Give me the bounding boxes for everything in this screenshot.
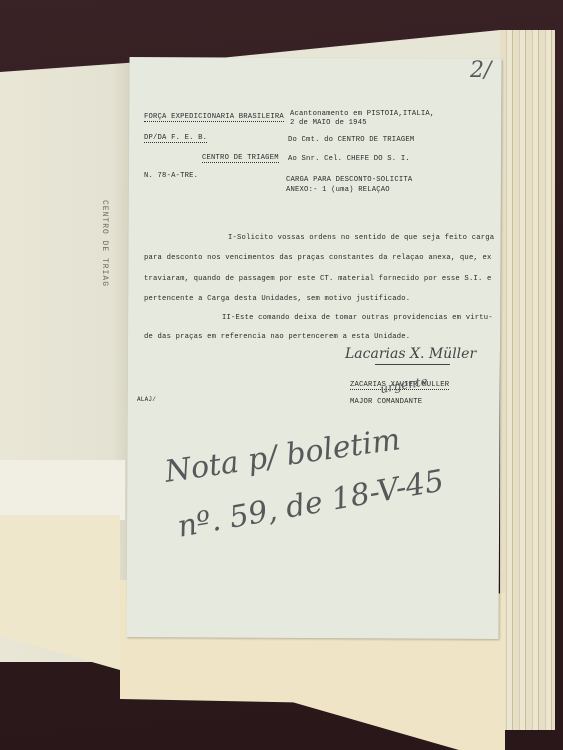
body-line-6: de das praças em referencia nao pertence… (144, 333, 410, 341)
page-number-mark: 2/ (470, 58, 491, 83)
subject-line: CARGA PARA DESCONTO-SOLICITA (286, 176, 412, 184)
unit-line: CENTRO DE TRIAGEM (202, 154, 279, 163)
vertical-label: CENTRO DE TRIAG (100, 200, 109, 287)
body-line-1: I-Solicito vossas ordens no sentido de q… (228, 234, 494, 242)
annex-line: ANEXO:- 1 (uma) RELAÇAO (286, 186, 390, 194)
body-line-2: para desconto nos vencimentos das praças… (144, 254, 492, 262)
signatory-title: MAJOR COMANDANTE (350, 398, 422, 406)
location-line: Acantonamento em PISTOIA,ITALIA, (290, 110, 434, 118)
signature-line (375, 364, 450, 365)
left-page-band (0, 460, 125, 520)
page-stack (500, 30, 555, 730)
to-line: Ao Snr. Cel. CHEFE DO S. I. (288, 155, 410, 163)
date-line: 2 de MAIO de 1945 (290, 119, 367, 127)
from-line: Do Cmt. do CENTRO DE TRIAGEM (288, 136, 414, 144)
body-line-5: II-Este comando deixa de tomar outras pr… (222, 314, 493, 322)
body-line-4: pertencente a Carga desta Unidades, sem … (144, 295, 410, 303)
body-line-3: traviaram, quando de passagem por este C… (144, 275, 492, 283)
handwritten-signature: Lacarias X. Müller (345, 346, 476, 362)
margin-note: ALAJ/ (137, 396, 156, 403)
reference-number: N. 78-A-TRE. (144, 172, 198, 180)
division-line: DP/DA F. E. B. (144, 134, 207, 143)
org-line: FORÇA EXPEDICIONARIA BRASILEIRA (144, 113, 284, 122)
